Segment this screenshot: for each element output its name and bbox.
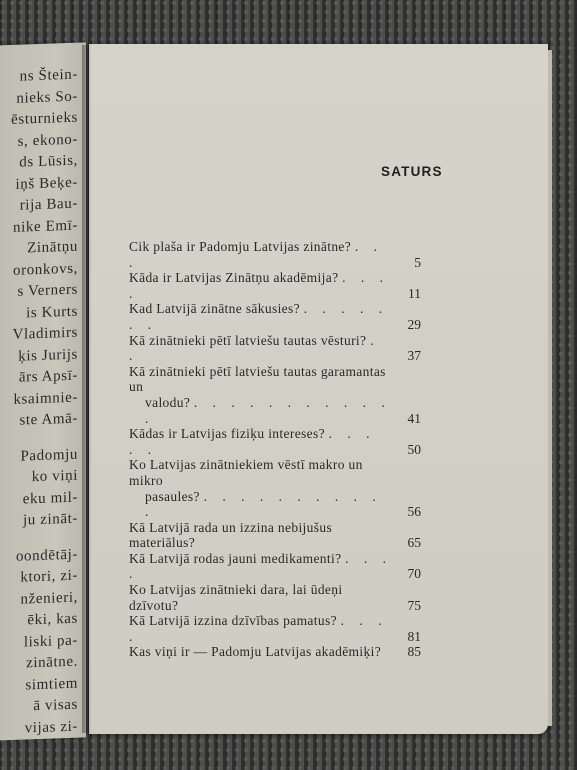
toc-entry: Kas viņi ir — Padomju Latvijas akadēmiķi… xyxy=(129,644,421,660)
toc-entry-page-number: 5 xyxy=(393,255,421,271)
toc-entry-page-number: 11 xyxy=(393,286,421,302)
toc-entry: Ko Latvijas zinātniekiem vēstī makro un … xyxy=(129,457,421,519)
left-page-line: ste Amā- xyxy=(0,409,78,434)
toc-entry-title: Kā Latvijā izzina dzīvības pamatus? . . … xyxy=(129,613,393,644)
left-page-text: ns Štein-nieks So-ēsturniekss, ekono-ds … xyxy=(0,65,78,741)
toc-entry-page-number: 65 xyxy=(393,535,421,551)
toc-entry-page-number: 37 xyxy=(393,348,421,364)
toc-entry-title: Ko Latvijas zinātniekiem vēstī makro un … xyxy=(129,457,393,519)
toc-entry: Cik plaša ir Padomju Latvijas zinātne? .… xyxy=(129,239,421,270)
toc-entry: Kā Latvijā izzina dzīvības pamatus? . . … xyxy=(129,613,421,644)
toc-entry-title: Kā Latvijā rada un izzina nebijušus mate… xyxy=(129,520,393,551)
toc-entry-title: Kā Latvijā rodas jauni medikamenti? . . … xyxy=(129,551,393,582)
toc-entry: Kādas ir Latvijas fiziķu intereses? . . … xyxy=(129,426,421,457)
toc-entry-title: Kad Latvijā zinātne sākusies? . . . . . … xyxy=(129,301,393,332)
toc-entry: Kā zinātnieki pētī latviešu tautas garam… xyxy=(129,364,421,426)
toc-entry-page-number: 56 xyxy=(393,504,421,520)
toc-entry: Kad Latvijā zinātne sākusies? . . . . . … xyxy=(129,301,421,332)
toc-entry-title: Cik plaša ir Padomju Latvijas zinātne? .… xyxy=(129,239,393,270)
toc-entry-title: Kā zinātnieki pētī latviešu tautas garam… xyxy=(129,364,393,426)
toc-entry: Kā Latvijā rada un izzina nebijušus mate… xyxy=(129,520,421,551)
table-of-contents: Cik plaša ir Padomju Latvijas zinātne? .… xyxy=(129,239,421,660)
toc-entry-page-number: 70 xyxy=(393,566,421,582)
toc-entry: Ko Latvijas zinātnieki dara, lai ūdeņi d… xyxy=(129,582,421,613)
left-page-line: ju zināt- xyxy=(0,509,78,534)
contents-page: SATURS Cik plaša ir Padomju Latvijas zin… xyxy=(89,44,548,734)
leader-dots: . . . . . . . . . . . . xyxy=(145,395,391,426)
toc-entry-title: Kāda ir Latvijas Zinātņu akadēmija? . . … xyxy=(129,270,393,301)
toc-entry-page-number: 50 xyxy=(393,442,421,458)
book-gutter-shadow xyxy=(82,45,92,733)
toc-entry-title: Ko Latvijas zinātnieki dara, lai ūdeņi d… xyxy=(129,582,393,613)
toc-entry-title: Kas viņi ir — Padomju Latvijas akadēmiķi… xyxy=(129,644,393,660)
toc-entry-page-number: 29 xyxy=(393,317,421,333)
toc-entry-page-number: 81 xyxy=(393,629,421,645)
contents-heading: SATURS xyxy=(381,164,443,179)
toc-entry: Kā Latvijā rodas jauni medikamenti? . . … xyxy=(129,551,421,582)
toc-entry-page-number: 75 xyxy=(393,598,421,614)
leader-dots: . . . . . . . . . . . xyxy=(145,489,382,520)
toc-entry-title: Kādas ir Latvijas fiziķu intereses? . . … xyxy=(129,426,393,457)
toc-entry: Kāda ir Latvijas Zinātņu akadēmija? . . … xyxy=(129,270,421,301)
facing-left-page: ns Štein-nieks So-ēsturniekss, ekono-ds … xyxy=(0,42,86,740)
toc-entry-title: Kā zinātnieki pētī latviešu tautas vēstu… xyxy=(129,333,393,364)
toc-entry-page-number: 41 xyxy=(393,411,421,427)
toc-entry: Kā zinātnieki pētī latviešu tautas vēstu… xyxy=(129,333,421,364)
toc-entry-page-number: 85 xyxy=(393,644,421,660)
